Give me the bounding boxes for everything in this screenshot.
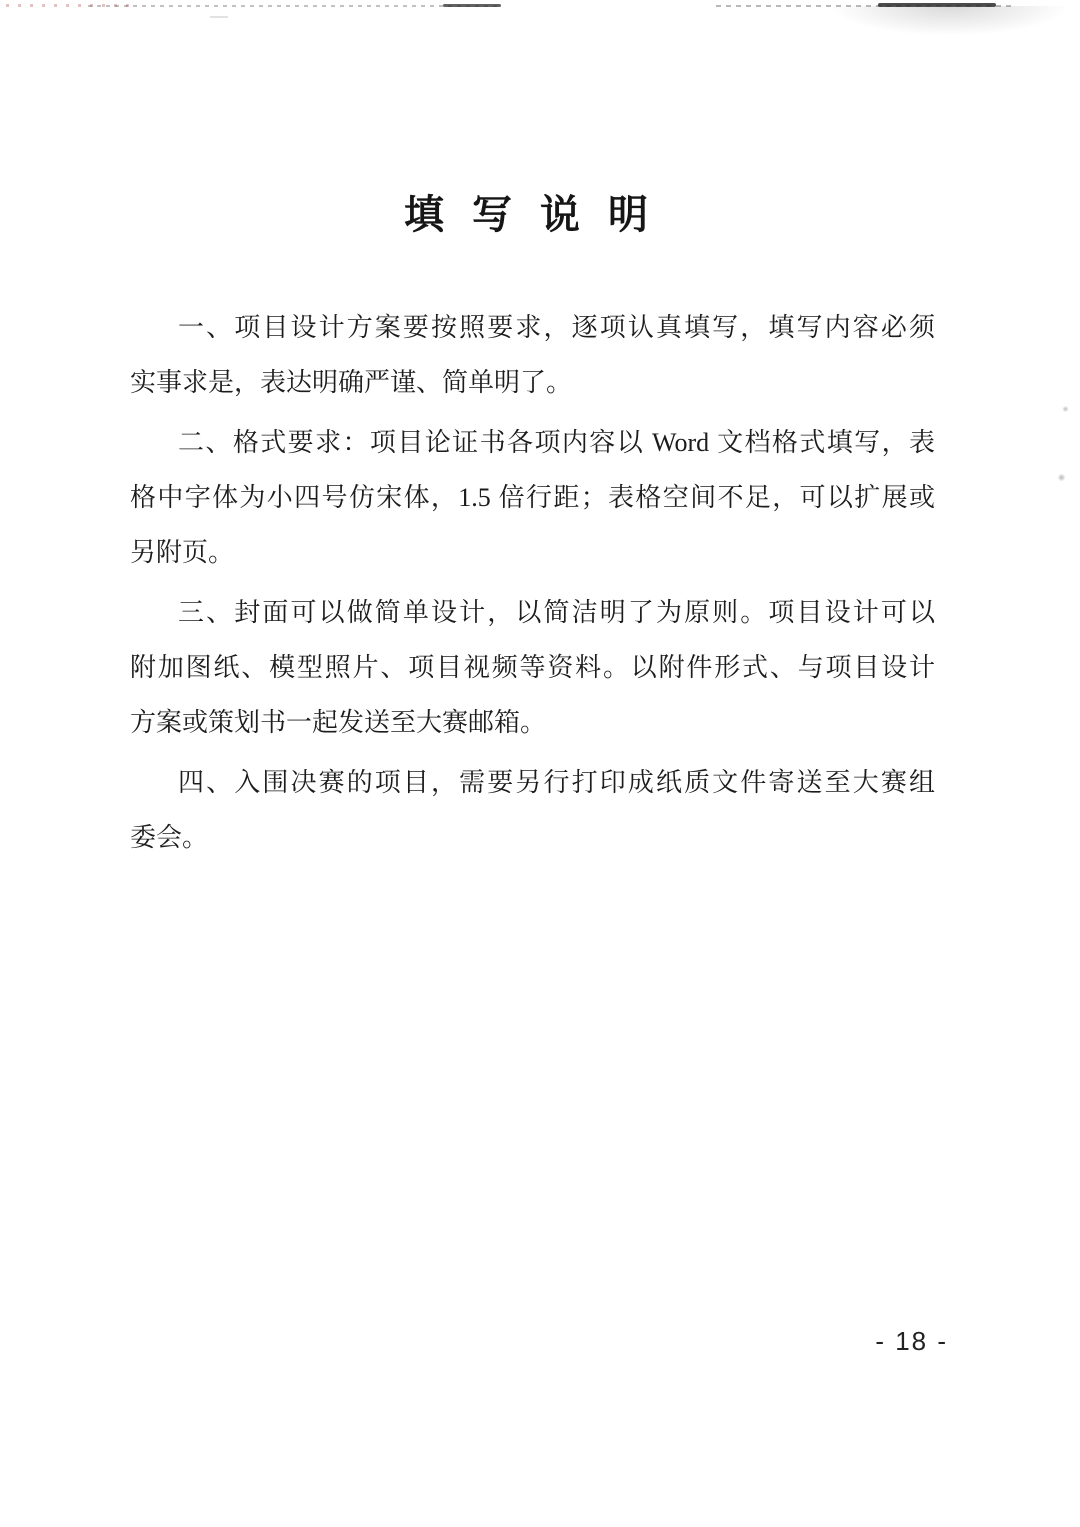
text-line: 一、项目设计方案要按照要求，逐项认真填写，填写内容必须 [130,300,935,355]
text-line: 二、格式要求：项目论证书各项内容以 Word 文档格式填写，表 [130,415,935,470]
scan-noise-dotted-line-right [716,5,1016,7]
text-line: 三、封面可以做简单设计，以简洁明了为原则。项目设计可以 [130,585,935,640]
paragraph-3: 三、封面可以做简单设计，以简洁明了为原则。项目设计可以 附加图纸、模型照片、项目… [130,585,935,750]
page-title: 填写说明 [0,183,1080,240]
text-line: 委会。 [130,810,935,865]
scan-noise-dotted-line-left [88,5,500,7]
paragraph-2: 二、格式要求：项目论证书各项内容以 Word 文档格式填写，表 格中字体为小四号… [130,415,935,580]
paragraph-1: 一、项目设计方案要按照要求，逐项认真填写，填写内容必须 实事求是，表达明确严谨、… [130,300,935,410]
scanned-document-page: 填写说明 一、项目设计方案要按照要求，逐项认真填写，填写内容必须 实事求是，表达… [0,0,1080,1527]
document-body: 一、项目设计方案要按照要求，逐项认真填写，填写内容必须 实事求是，表达明确严谨、… [130,300,935,865]
scan-noise-speck [1057,474,1066,481]
text-line: 方案或策划书一起发送至大赛邮箱。 [130,695,935,750]
page-number: - 18 - [875,1326,948,1357]
text-line: 附加图纸、模型照片、项目视频等资料。以附件形式、与项目设计 [130,640,935,695]
scan-noise-dark-segment-left [443,4,501,7]
scan-noise-haze [830,6,1070,36]
scan-noise-micro-dash [210,16,228,18]
text-line: 四、入围决赛的项目，需要另行打印成纸质文件寄送至大赛组 [130,755,935,810]
scan-noise-red-dots [6,4,136,7]
text-line: 另附页。 [130,525,935,580]
paragraph-4: 四、入围决赛的项目，需要另行打印成纸质文件寄送至大赛组 委会。 [130,755,935,865]
scan-noise-speck [1062,406,1069,412]
text-line: 实事求是，表达明确严谨、简单明了。 [130,355,935,410]
text-line: 格中字体为小四号仿宋体，1.5 倍行距；表格空间不足，可以扩展或 [130,470,935,525]
scan-noise-dark-segment-right [878,3,996,7]
